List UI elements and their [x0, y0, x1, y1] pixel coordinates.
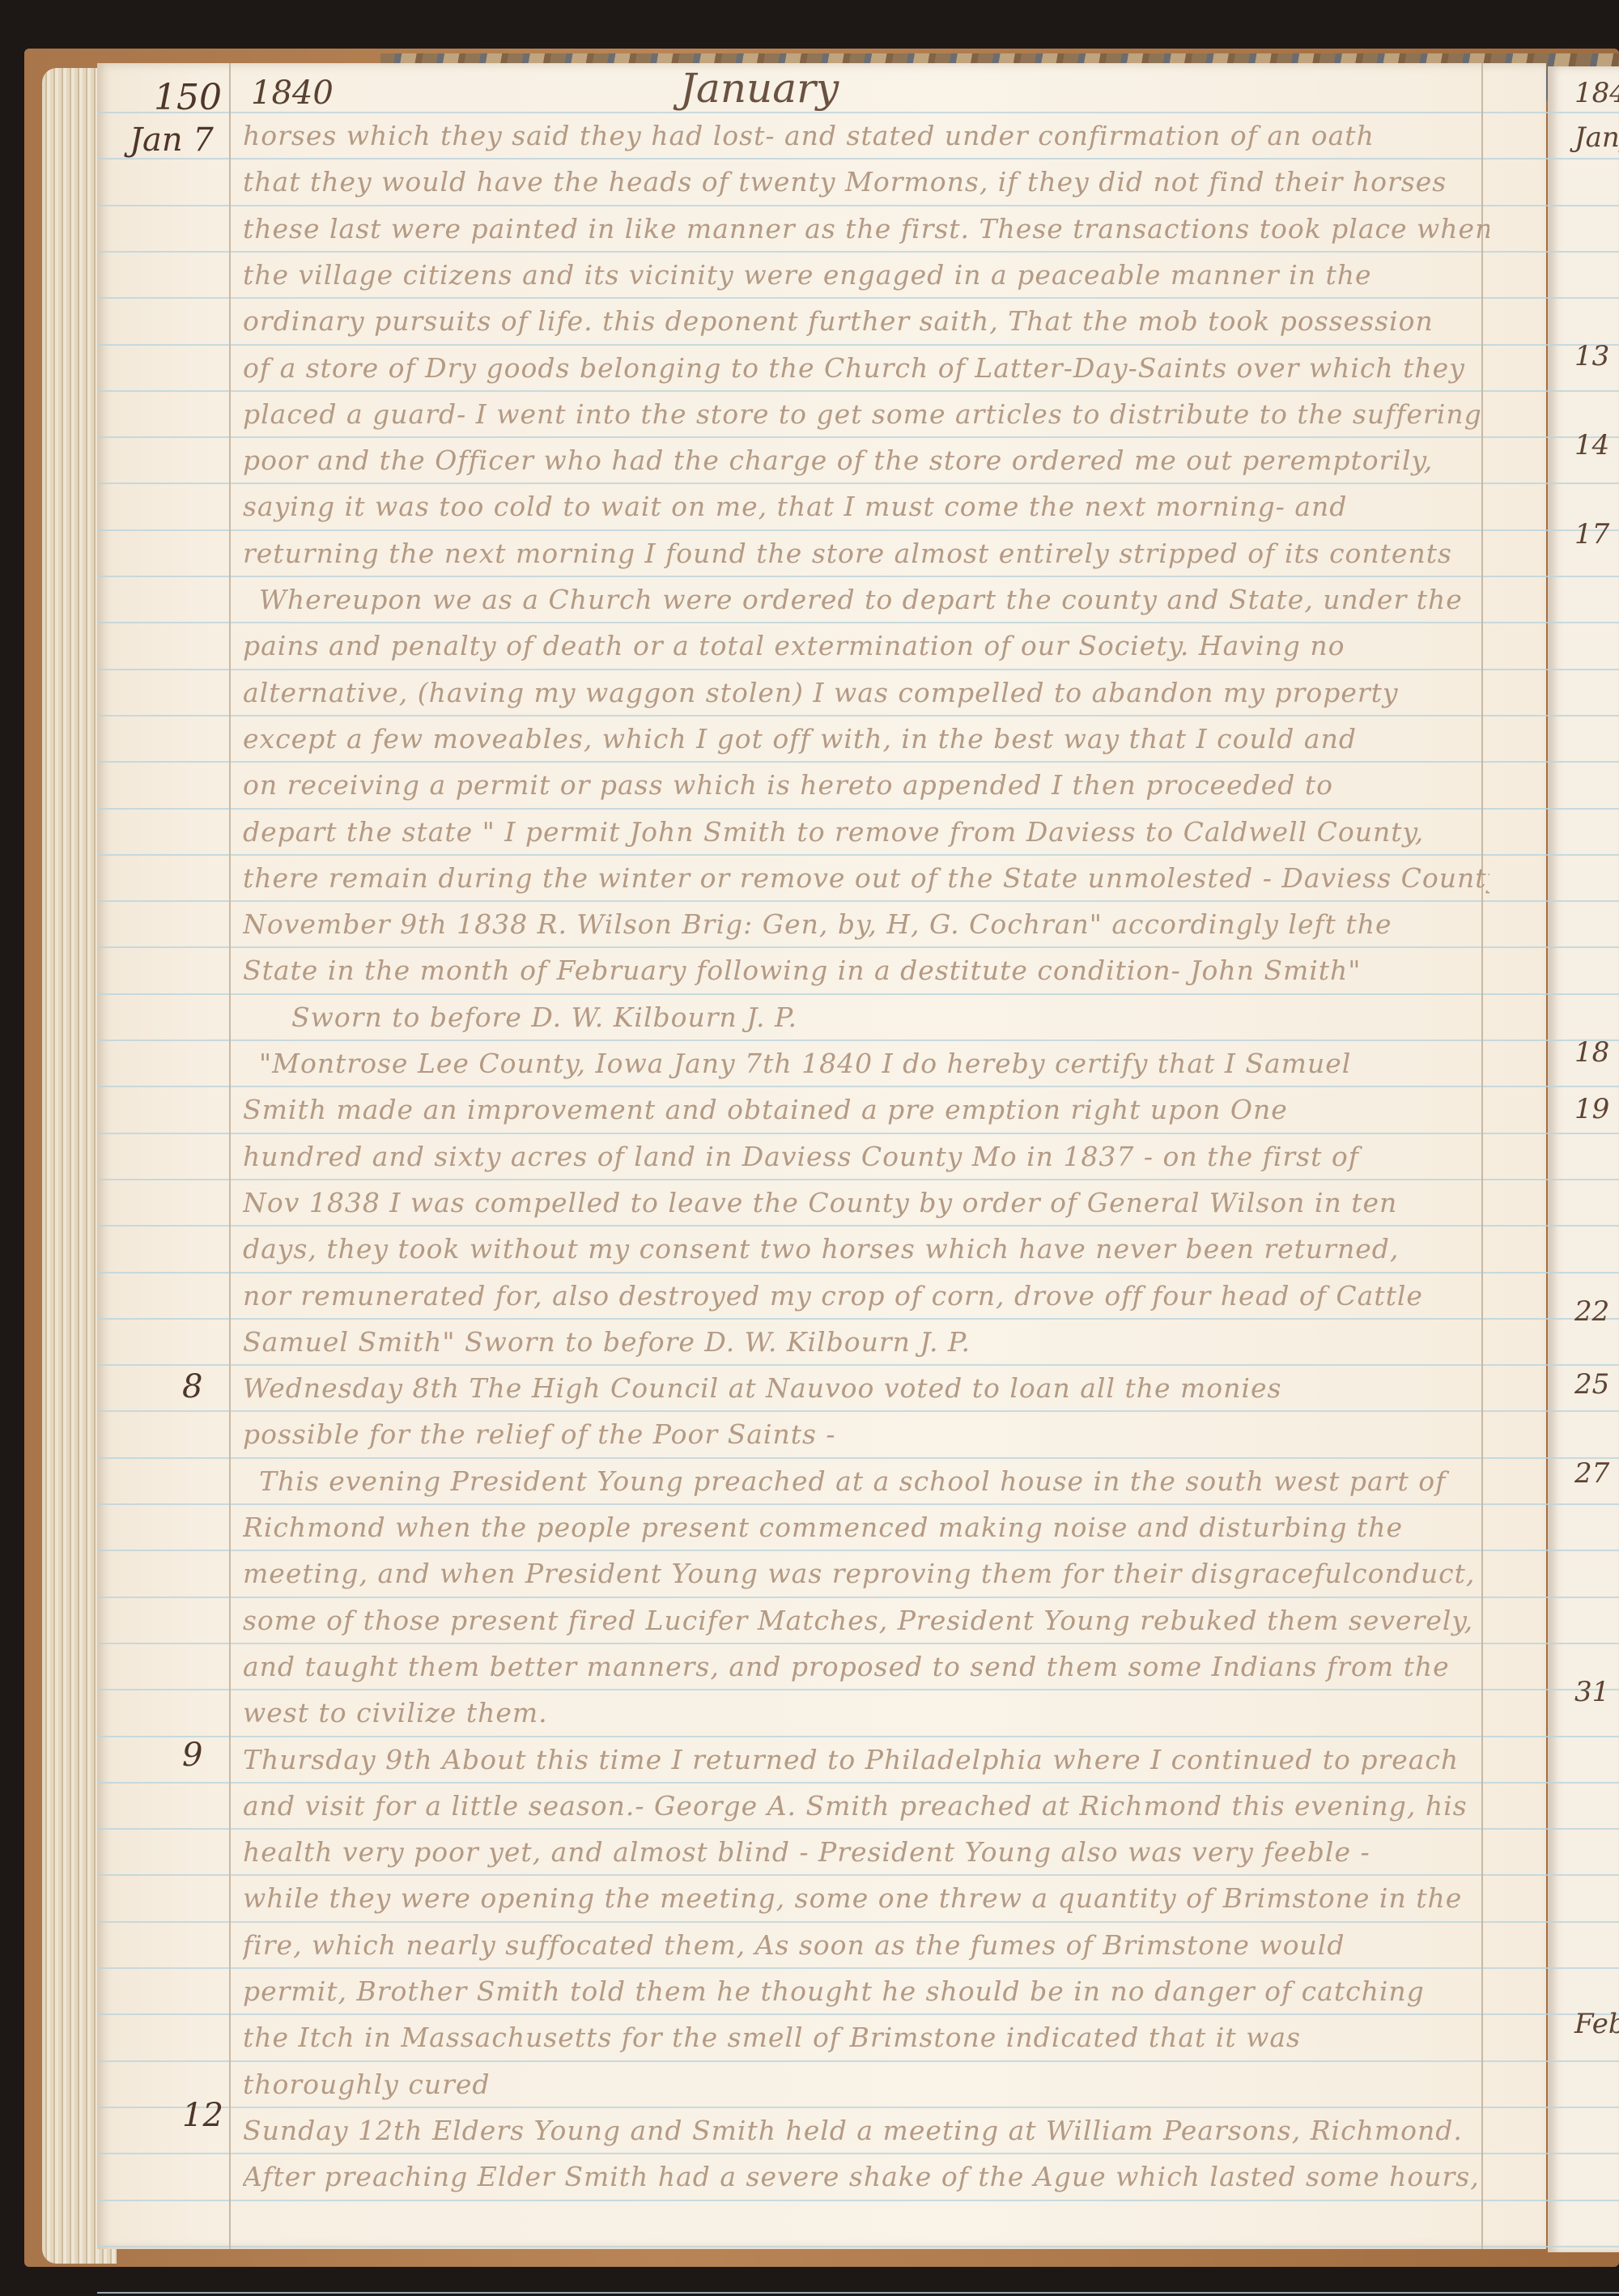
- page-month-heading: January: [680, 65, 839, 112]
- ruled-line: [97, 1364, 1619, 1366]
- ruled-line: [97, 1179, 1619, 1180]
- ruled-line: [97, 344, 1619, 346]
- ruled-line: [97, 1782, 1619, 1784]
- facing-page-note: 25: [1574, 1368, 1609, 1401]
- ruled-line: [97, 622, 1619, 623]
- ruled-line: [97, 205, 1619, 206]
- ruled-line: [97, 529, 1619, 531]
- ruled-line: [97, 1086, 1619, 1087]
- ruled-line: [97, 158, 1619, 159]
- ruled-line: [97, 390, 1619, 392]
- facing-page-note: Jany: [1574, 121, 1619, 154]
- ruled-line: [97, 854, 1619, 856]
- ruled-line: [97, 1736, 1619, 1737]
- text-line: on receiving a permit or pass which is h…: [243, 769, 1489, 801]
- ruled-line: [97, 1410, 1619, 1412]
- text-line: the village citizens and its vicinity we…: [243, 259, 1489, 291]
- facing-page-note: 27: [1574, 1457, 1609, 1490]
- text-line: Wednesday 8th The High Council at Nauvoo…: [243, 1372, 1489, 1404]
- margin-date-note: 8: [182, 1368, 202, 1405]
- ruled-line: [97, 900, 1619, 902]
- text-line: permit, Brother Smith told them he thoug…: [243, 1975, 1489, 2007]
- text-line: State in the month of February following…: [243, 955, 1489, 986]
- text-line: and visit for a little season.- George A…: [243, 1790, 1489, 1822]
- text-line: ordinary pursuits of life. this deponent…: [243, 305, 1489, 337]
- text-line: Whereupon we as a Church were ordered to…: [259, 584, 1506, 615]
- ruled-line: [97, 1967, 1619, 1969]
- text-line: Nov 1838 I was compelled to leave the Co…: [243, 1187, 1489, 1218]
- text-line: alternative, (having my waggon stolen) I…: [243, 677, 1489, 708]
- facing-page-note: 14: [1574, 429, 1609, 461]
- ruled-line: [97, 1133, 1619, 1134]
- facing-page-note: Feb 7: [1574, 2008, 1619, 2040]
- text-line: while they were opening the meeting, som…: [243, 1882, 1489, 1914]
- ruled-line: [97, 436, 1619, 438]
- text-line: November 9th 1838 R. Wilson Brig: Gen, b…: [243, 908, 1489, 940]
- text-line: placed a guard- I went into the store to…: [243, 398, 1489, 430]
- ruled-line: [97, 2013, 1619, 2015]
- ruled-line: [97, 1503, 1619, 1505]
- facing-page-note: 31: [1574, 1676, 1609, 1708]
- text-line: depart the state " I permit John Smith t…: [243, 816, 1489, 848]
- margin-date-note: Jan 7: [130, 121, 214, 159]
- text-line: meeting, and when President Young was re…: [243, 1558, 1489, 1589]
- facing-page-note: 18: [1574, 1036, 1609, 1069]
- text-line: west to civilize them.: [243, 1697, 1489, 1728]
- ruled-line: [97, 2153, 1619, 2154]
- ruled-line: [97, 1272, 1619, 1273]
- ruled-line: [97, 1040, 1619, 1041]
- ruled-line: [97, 993, 1619, 995]
- facing-page-note: 22: [1574, 1295, 1609, 1328]
- text-line: nor remunerated for, also destroyed my c…: [243, 1280, 1489, 1312]
- ruled-line: [97, 1828, 1619, 1830]
- margin-date-note: 12: [182, 2097, 223, 2134]
- ruled-line: [97, 1689, 1619, 1690]
- text-line: that they would have the heads of twenty…: [243, 166, 1489, 198]
- text-line: some of those present fired Lucifer Matc…: [243, 1605, 1489, 1636]
- text-line: of a store of Dry goods belonging to the…: [243, 352, 1489, 384]
- text-line: Thursday 9th About this time I returned …: [243, 1744, 1489, 1775]
- text-line: fire, which nearly suffocated them, As s…: [243, 1929, 1489, 1961]
- text-line: thoroughly cured: [243, 2069, 1489, 2100]
- text-line: Smith made an improvement and obtained a…: [243, 1094, 1489, 1125]
- text-line: Sworn to before D. W. Kilbourn J. P.: [291, 1001, 1538, 1033]
- facing-page-note: 19: [1574, 1093, 1609, 1125]
- ruled-line: [97, 1550, 1619, 1551]
- ruled-line: [97, 483, 1619, 484]
- text-line: Sunday 12th Elders Young and Smith held …: [243, 2115, 1489, 2146]
- text-line: This evening President Young preached at…: [259, 1465, 1506, 1497]
- facing-page: [1548, 66, 1619, 2252]
- text-line: "Montrose Lee County, Iowa Jany 7th 1840…: [259, 1048, 1506, 1079]
- text-line: horses which they said they had lost- an…: [243, 120, 1489, 151]
- margin-date-note: 9: [182, 1737, 202, 1774]
- left-margin-rule: [229, 63, 231, 2249]
- ruled-line: [97, 2107, 1619, 2108]
- ruled-line: [97, 1921, 1619, 1923]
- facing-page-note: 13: [1574, 340, 1609, 372]
- text-line: and taught them better manners, and prop…: [243, 1651, 1489, 1682]
- ruled-line: [97, 1225, 1619, 1227]
- text-line: saying it was too cold to wait on me, th…: [243, 491, 1489, 522]
- ruled-line: [97, 715, 1619, 716]
- text-line: Richmond when the people present commenc…: [243, 1512, 1489, 1543]
- ruled-line: [97, 808, 1619, 810]
- ruled-line: [97, 1874, 1619, 1876]
- ruled-line: [97, 761, 1619, 763]
- ruled-line: [97, 2060, 1619, 2062]
- text-line: Samuel Smith" Sworn to before D. W. Kilb…: [243, 1326, 1489, 1358]
- ruled-line: [97, 251, 1619, 253]
- facing-page-note: 17: [1574, 518, 1609, 551]
- ruled-line: [97, 1643, 1619, 1644]
- ruled-line: [97, 1457, 1619, 1459]
- page-number: 150: [154, 77, 222, 118]
- text-line: After preaching Elder Smith had a severe…: [243, 2161, 1489, 2192]
- ruled-line: [97, 2292, 1619, 2294]
- ruled-line: [97, 2200, 1619, 2201]
- facing-page-note: 184: [1574, 77, 1619, 109]
- text-line: poor and the Officer who had the charge …: [243, 444, 1489, 476]
- page-year: 1840: [251, 74, 334, 112]
- text-line: hundred and sixty acres of land in Davie…: [243, 1141, 1489, 1172]
- text-line: there remain during the winter or remove…: [243, 862, 1489, 894]
- text-line: these last were painted in like manner a…: [243, 213, 1489, 244]
- ruled-line: [97, 297, 1619, 299]
- ruled-line: [97, 576, 1619, 577]
- text-line: except a few moveables, which I got off …: [243, 723, 1489, 755]
- text-line: days, they took without my consent two h…: [243, 1233, 1489, 1265]
- ruled-line: [97, 1318, 1619, 1320]
- text-line: possible for the relief of the Poor Sain…: [243, 1418, 1489, 1450]
- ruled-line: [97, 112, 1619, 113]
- ruled-line: [97, 1597, 1619, 1598]
- text-line: returning the next morning I found the s…: [243, 538, 1489, 569]
- ruled-line: [97, 2246, 1619, 2247]
- ruled-line: [97, 669, 1619, 670]
- ruled-line: [97, 946, 1619, 948]
- text-line: health very poor yet, and almost blind -…: [243, 1836, 1489, 1868]
- text-line: pains and penalty of death or a total ex…: [243, 630, 1489, 661]
- text-line: the Itch in Massachusetts for the smell …: [243, 2022, 1489, 2053]
